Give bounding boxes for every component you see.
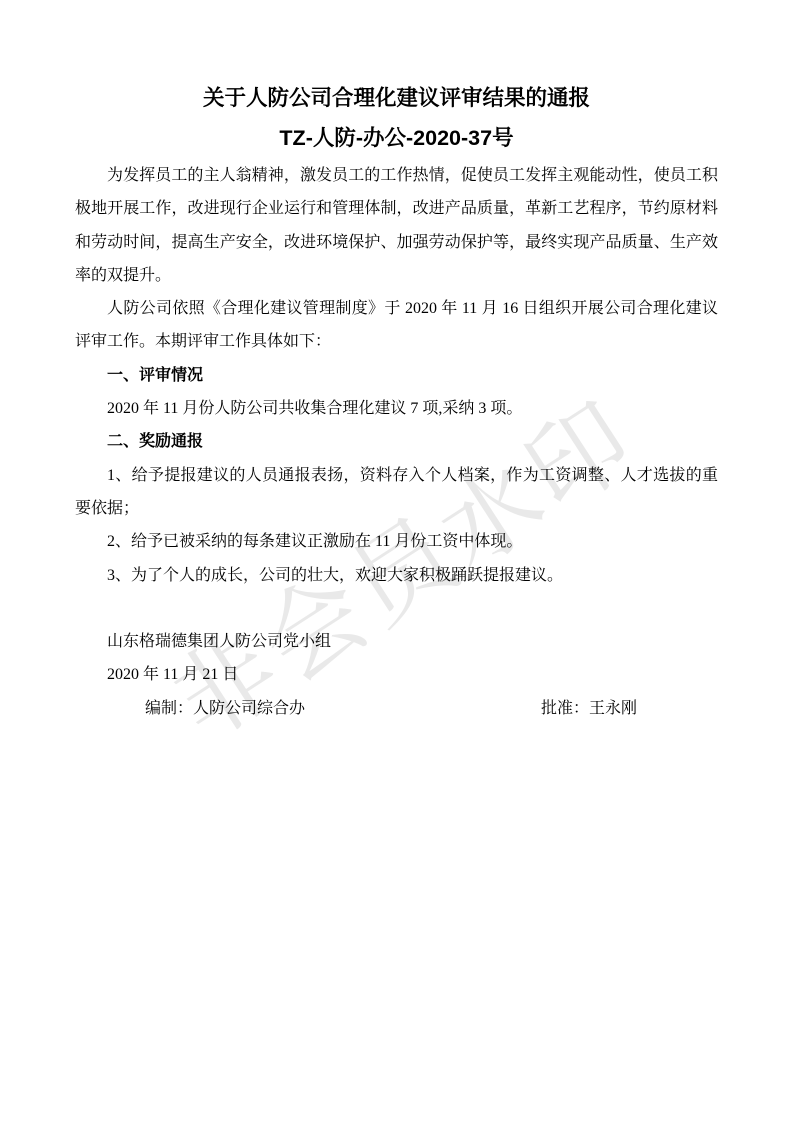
spacer-line xyxy=(75,592,718,625)
list-item-3: 3、为了个人的成长，公司的壮大，欢迎大家积极踊跃提报建议。 xyxy=(75,559,718,592)
page-title: 关于人防公司合理化建议评审结果的通报 xyxy=(75,78,718,118)
document-page: 非会员水印 关于人防公司合理化建议评审结果的通报 TZ-人防-办公-2020-3… xyxy=(0,0,793,1122)
document-body: 为发挥员工的主人翁精神，激发员工的工作热情，促使员工发挥主观能动性，使员工积极地… xyxy=(75,159,718,725)
footer-line: 编制：人防公司综合办 批准：王永刚 xyxy=(75,692,718,725)
paragraph-review-overview: 人防公司依照《合理化建议管理制度》于 2020 年 11 月 16 日组织开展公… xyxy=(75,292,718,359)
doc-number: TZ-人防-办公-2020-37号 xyxy=(75,118,718,159)
list-item-2: 2、给予已被采纳的每条建议正激励在 11 月份工资中体现。 xyxy=(75,525,718,558)
compiler-label: 编制：人防公司综合办 xyxy=(145,692,305,725)
list-item-1: 1、给予提报建议的人员通报表扬，资料存入个人档案，作为工资调整、人才选拔的重要依… xyxy=(75,459,718,526)
section-heading-review: 一、评审情况 xyxy=(75,359,718,392)
signature-org: 山东格瑞德集团人防公司党小组 xyxy=(75,625,718,658)
signature-date: 2020 年 11 月 21 日 xyxy=(75,658,718,691)
paragraph-intro: 为发挥员工的主人翁精神，激发员工的工作热情，促使员工发挥主观能动性，使员工积极地… xyxy=(75,159,718,292)
approver-label: 批准：王永刚 xyxy=(541,692,637,725)
section-heading-reward: 二、奖励通报 xyxy=(75,425,718,458)
paragraph-review-stats: 2020 年 11 月份人防公司共收集合理化建议 7 项,采纳 3 项。 xyxy=(75,392,718,425)
document-content: 关于人防公司合理化建议评审结果的通报 TZ-人防-办公-2020-37号 为发挥… xyxy=(0,78,793,725)
